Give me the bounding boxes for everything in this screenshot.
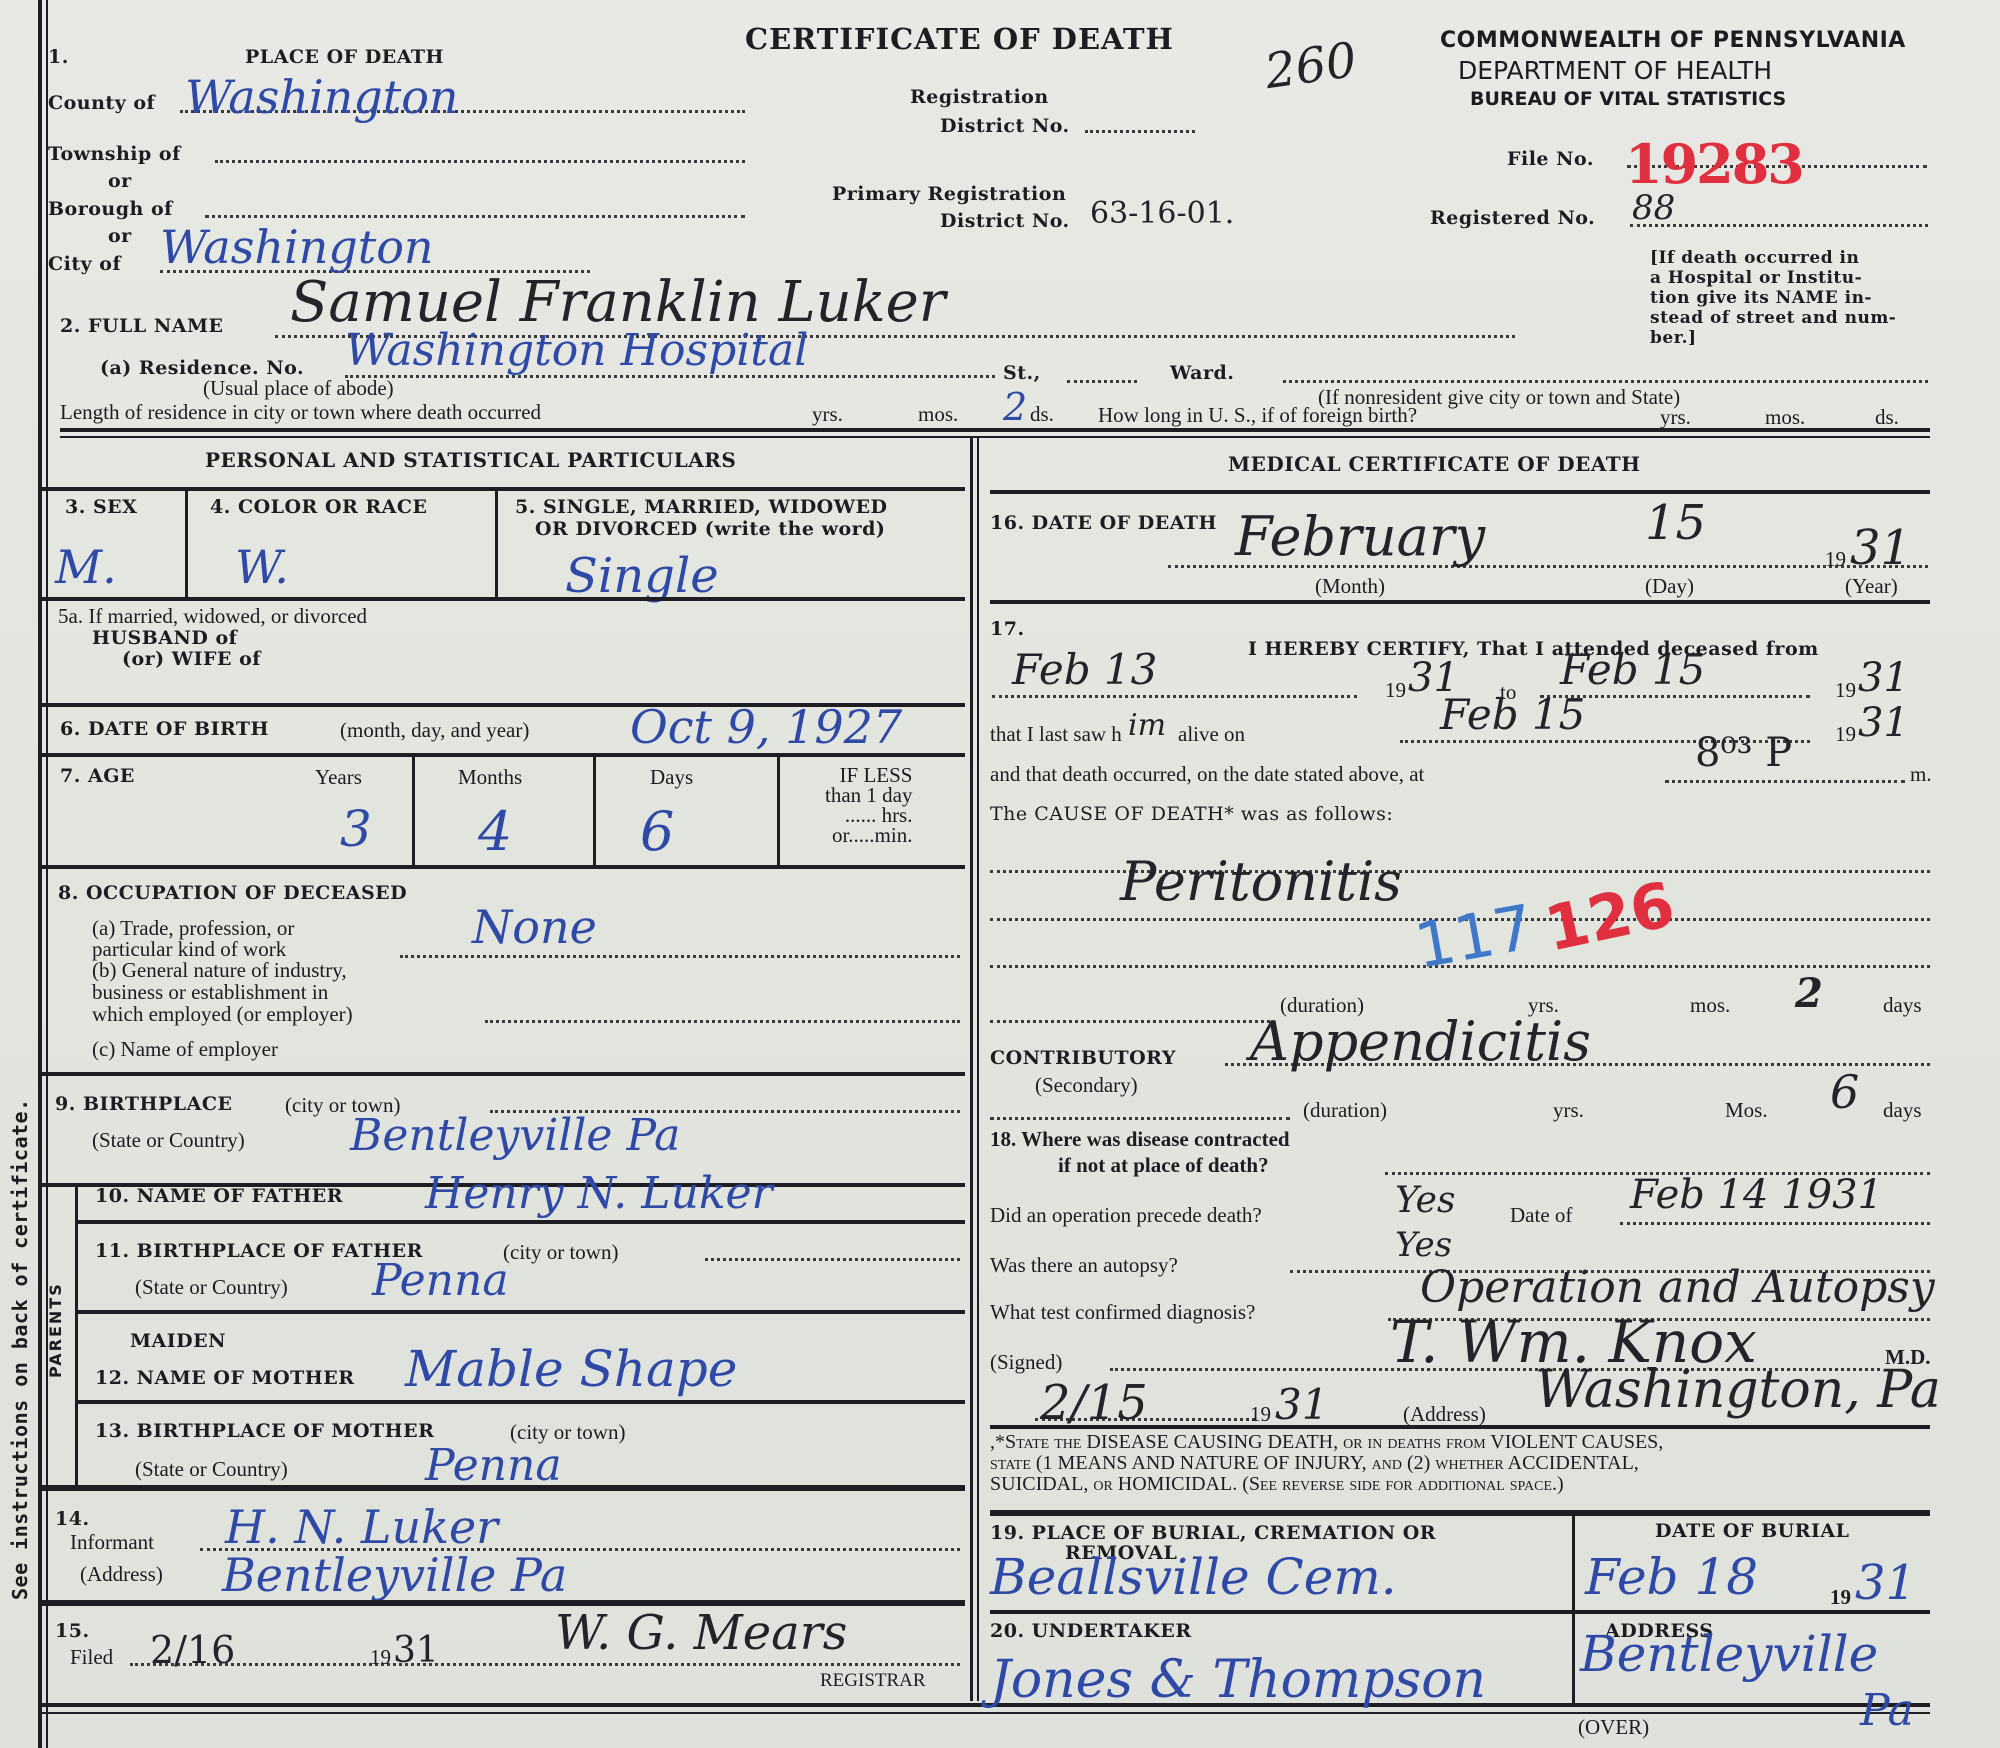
operation-value: Yes (1395, 1180, 1455, 1221)
registered-no-label: Registered No. (1430, 207, 1595, 229)
occupation-c: (c) Name of employer (92, 1037, 278, 1062)
agency-line-2: DEPARTMENT OF HEALTH (1458, 56, 1772, 85)
primary-district-label: District No. (940, 210, 1070, 232)
birthplace-value: Bentleyville Pa (350, 1110, 680, 1161)
attended-to: Feb 15 (1560, 645, 1705, 694)
row-line (40, 597, 965, 601)
column-divider (970, 436, 973, 1701)
registrar-signature: W. G. Mears (555, 1605, 847, 1661)
race-value: W. (235, 540, 289, 594)
less-line: than 1 day (825, 785, 912, 805)
month-hint: (Month) (1315, 574, 1385, 599)
row-line (990, 490, 1930, 494)
column-divider-inner (977, 436, 979, 1701)
operation-date: Feb 14 1931 (1630, 1172, 1883, 1218)
row-line (990, 1610, 1930, 1614)
burial-year: 31 (1855, 1555, 1916, 1611)
last-saw-pronoun: im (1128, 708, 1166, 743)
last-saw-year: 31 (1858, 700, 1909, 746)
length-residence-label: Length of residence in city or town wher… (60, 400, 541, 425)
birthplace-state-label: (State or Country) (92, 1128, 245, 1153)
years-value: 3 (340, 800, 372, 858)
cause-label: The CAUSE OF DEATH* was as follows: (990, 803, 1393, 825)
marital-value: Single (565, 548, 719, 604)
age-label: 7. AGE (60, 765, 135, 787)
or-1: or (108, 170, 132, 192)
contributory-label: CONTRIBUTORY (990, 1047, 1176, 1069)
full-name-label: 2. FULL NAME (60, 315, 223, 337)
divider-top (60, 428, 1930, 432)
agency-line-1: COMMONWEALTH OF PENNSYLVANIA (1440, 28, 1906, 53)
last-saw-label: that I last saw h (990, 722, 1122, 747)
classification-code-blue: 117 (1410, 890, 1539, 982)
father-value: Henry N. Luker (425, 1168, 773, 1219)
duration-mos: mos. (1690, 993, 1730, 1018)
burial-date-value: Feb 18 (1585, 1548, 1758, 1606)
divider-top-inner (60, 436, 1930, 438)
filed-year: 31 (393, 1630, 439, 1671)
township-label: Township of (48, 143, 181, 165)
burial-divider (1572, 1514, 1575, 1704)
spouse-label-3: (or) WIFE of (122, 648, 261, 670)
time-of-death: 8⁰³ P (1695, 730, 1792, 776)
burial-year-prefix: 19 (1830, 1585, 1851, 1610)
signed-year: 31 (1275, 1380, 1328, 1429)
agency-line-3: BUREAU OF VITAL STATISTICS (1470, 88, 1786, 110)
filed-number: 15. (55, 1620, 90, 1642)
hospital-note-line: ber.] (1650, 328, 1896, 348)
marital-label-2: OR DIVORCED (write the word) (535, 518, 885, 540)
cause-footnote: ,*State the DISEASE CAUSING DEATH, or in… (990, 1432, 1663, 1495)
contrib-mos: Mos. (1725, 1098, 1768, 1123)
informant-address-label: (Address) (80, 1562, 163, 1587)
last-saw-date: Feb 15 (1440, 690, 1585, 739)
occupation-a-dots (400, 955, 960, 958)
dod-day: 15 (1645, 495, 1706, 551)
duration-dots (990, 1020, 1270, 1023)
spouse-label-1: 5a. If married, widowed, or divorced (58, 604, 367, 629)
item-1-number: 1. (48, 46, 69, 68)
burial-label-1: 19. PLACE OF BURIAL, CREMATION OR (990, 1522, 1436, 1544)
undertaker-value: Jones & Thompson (990, 1650, 1486, 1710)
foreign-mos: mos. (1765, 405, 1805, 430)
length-ds: ds. (1030, 402, 1054, 427)
test-value: Operation and Autopsy (1420, 1262, 1935, 1313)
length-mos: mos. (918, 402, 958, 427)
autopsy-value: Yes (1395, 1225, 1452, 1265)
margin-instructions: See instructions on back of certificate. (8, 1098, 32, 1600)
less-than-day: IF LESS than 1 day ...... hrs. or.....mi… (825, 765, 912, 845)
mother-label: 12. NAME OF MOTHER (95, 1367, 355, 1389)
father-birthplace-hint: (city or town) (503, 1240, 618, 1265)
dod-year-prefix: 19 (1825, 547, 1846, 572)
divider-bottom-inner (40, 1712, 1930, 1714)
physician-address-value: Washington, Pa (1535, 1360, 1941, 1420)
township-dots (215, 160, 745, 163)
attended-to-year: 31 (1858, 655, 1909, 701)
marital-label-1: 5. SINGLE, MARRIED, WIDOWED (515, 496, 888, 518)
signed-label: (Signed) (990, 1350, 1062, 1375)
mother-birthplace-label: 13. BIRTHPLACE OF MOTHER (95, 1420, 434, 1442)
usual-abode-hint: (Usual place of abode) (203, 376, 394, 401)
father-birthplace-value: Penna (372, 1255, 509, 1306)
race-label: 4. COLOR OR RACE (210, 496, 428, 518)
undertaker-address-value-2: Pa (1860, 1685, 1914, 1736)
st-dots (1067, 380, 1137, 383)
registration-label: Registration (910, 86, 1049, 108)
certificate-title: CERTIFICATE OF DEATH (745, 22, 1174, 56)
burial-place-value: Beallsville Cem. (990, 1548, 1397, 1606)
day-hint: (Day) (1645, 574, 1694, 599)
parents-label: PARENTS (46, 1282, 65, 1378)
occupation-heading: 8. OCCUPATION OF DECEASED (58, 882, 407, 904)
hospital-note: [If death occurred in a Hospital or Inst… (1650, 248, 1896, 348)
over-label: (OVER) (1578, 1715, 1649, 1740)
city-label: City of (48, 253, 121, 275)
parents-bracket (75, 1185, 78, 1485)
less-line: ...... hrs. (825, 805, 912, 825)
row-line (40, 1072, 965, 1076)
dod-month: February (1235, 505, 1485, 568)
primary-registration-label: Primary Registration (832, 183, 1066, 205)
county-label: County of (48, 92, 155, 114)
filed-date: 2/16 (150, 1628, 235, 1672)
m-label: m. (1910, 762, 1932, 787)
cell-divider (777, 755, 780, 865)
sex-value: M. (55, 540, 117, 594)
father-birthplace-state: (State or Country) (135, 1275, 288, 1300)
registered-no-value: 88 (1632, 188, 1675, 228)
cell-divider (495, 487, 498, 597)
contracted-label-2: if not at place of death? (1058, 1153, 1269, 1178)
to-year-prefix: 19 (1835, 678, 1856, 703)
attended-from: Feb 13 (1012, 645, 1157, 694)
undertaker-label: 20. UNDERTAKER (990, 1620, 1192, 1642)
informant-number: 14. (55, 1508, 90, 1530)
operation-date-dots (1620, 1222, 1930, 1225)
days-value: 6 (640, 800, 674, 863)
years-label: Years (315, 765, 362, 790)
informant-address-value: Bentleyville Pa (222, 1548, 567, 1602)
medical-heading: MEDICAL CERTIFICATE OF DEATH (1228, 452, 1641, 476)
st-label: St., (1003, 362, 1041, 384)
physician-address-label: (Address) (1403, 1402, 1486, 1427)
contracted-label-1: 18. Where was disease contracted (990, 1127, 1290, 1152)
months-label: Months (458, 765, 522, 790)
duration-days-value: 2 (1795, 970, 1823, 1017)
foreign-yrs: yrs. (1660, 405, 1691, 430)
filed-label: Filed (70, 1645, 113, 1670)
certify-text: I HEREBY CERTIFY, That I attended deceas… (1248, 638, 1819, 660)
cell-divider (412, 755, 415, 865)
filed-dots (130, 1663, 960, 1666)
from-dots (992, 695, 1357, 698)
footnote-line: state (1 MEANS AND NATURE OF INJURY, and… (990, 1453, 1663, 1474)
registration-district-label: District No. (940, 115, 1070, 137)
foreign-birth-label: How long in U. S., if of foreign birth? (1098, 403, 1417, 428)
days-label: Days (650, 765, 693, 790)
row-line (78, 1220, 965, 1224)
registration-district-value: 260 (1262, 32, 1361, 100)
divider-bottom (40, 1703, 1930, 1707)
less-line: or.....min. (825, 825, 912, 845)
registration-dots (1085, 130, 1195, 133)
autopsy-label: Was there an autopsy? (990, 1253, 1178, 1278)
informant-label: Informant (70, 1530, 154, 1555)
mother-value: Mable Shape (405, 1340, 737, 1398)
spouse-label-2: HUSBAND of (92, 627, 237, 649)
operation-label: Did an operation precede death? (990, 1203, 1262, 1228)
duration-days: days (1883, 993, 1922, 1018)
borough-dots (205, 215, 745, 218)
signed-year-prefix: 19 (1250, 1402, 1271, 1427)
dod-label: 16. DATE OF DEATH (990, 512, 1217, 534)
undertaker-address-value: Bentleyville (1580, 1625, 1878, 1683)
signed-date: 2/15 (1040, 1375, 1148, 1431)
occupation-b3: which employed (or employer) (92, 1002, 353, 1027)
primary-district-value: 63-16-01. (1090, 196, 1234, 231)
row-line (990, 1510, 1930, 1516)
or-2: or (108, 225, 132, 247)
row-line (40, 865, 965, 869)
mother-birthplace-value: Penna (425, 1440, 562, 1491)
less-line: IF LESS (825, 765, 912, 785)
row-line (990, 1425, 1930, 1429)
filed-year-prefix: 19 (370, 1645, 391, 1670)
last-saw-year-prefix: 19 (1835, 722, 1856, 747)
file-no-stamp: 19283 (1625, 132, 1803, 196)
row-line (990, 600, 1930, 604)
father-bp-dots (705, 1258, 960, 1261)
borough-label: Borough of (48, 198, 173, 220)
personal-heading: PERSONAL AND STATISTICAL PARTICULARS (205, 448, 736, 472)
dob-hint: (month, day, and year) (340, 718, 529, 743)
registrar-label: REGISTRAR (820, 1670, 926, 1692)
foreign-ds: ds. (1875, 405, 1899, 430)
place-of-death-heading: PLACE OF DEATH (245, 46, 444, 68)
birthplace-label: 9. BIRTHPLACE (55, 1093, 232, 1115)
cause-value: Peritonitis (1120, 850, 1402, 913)
contributory-value: Appendicitis (1250, 1010, 1591, 1073)
dob-label: 6. DATE OF BIRTH (60, 718, 269, 740)
contrib-duration-dots (990, 1117, 1290, 1120)
cell-divider (593, 755, 596, 865)
contrib-duration-label: (duration) (1303, 1098, 1387, 1123)
footnote-line: SUICIDAL, or HOMICIDAL. (See reverse sid… (990, 1474, 1663, 1495)
cell-divider (185, 487, 188, 597)
test-label: What test confirmed diagnosis? (990, 1300, 1255, 1325)
burial-date-label: DATE OF BURIAL (1655, 1520, 1849, 1542)
classification-code-red: 126 (1539, 867, 1681, 965)
hospital-note-line: stead of street and num- (1650, 308, 1896, 328)
from-year-prefix: 19 (1385, 678, 1406, 703)
months-value: 4 (478, 800, 512, 863)
secondary-label: (Secondary) (1035, 1073, 1138, 1098)
ward-label: Ward. (1170, 362, 1234, 384)
hospital-note-line: a Hospital or Institu- (1650, 268, 1896, 288)
operation-date-label: Date of (1510, 1203, 1572, 1228)
hospital-note-line: tion give its NAME in- (1650, 288, 1896, 308)
time-dots (1665, 780, 1905, 783)
dod-year: 31 (1850, 520, 1911, 576)
certify-number: 17. (990, 618, 1025, 640)
occurred-label: and that death occurred, on the date sta… (990, 762, 1424, 787)
occupation-value: None (472, 900, 597, 954)
row-line (40, 753, 965, 757)
row-line (40, 1485, 965, 1491)
row-line (78, 1400, 965, 1404)
contrib-days: days (1883, 1098, 1922, 1123)
maiden-label: MAIDEN (130, 1330, 226, 1352)
row-line (40, 487, 965, 491)
row-line (78, 1310, 965, 1314)
mother-birthplace-state: (State or Country) (135, 1457, 288, 1482)
dob-value: Oct 9, 1927 (630, 700, 902, 754)
alive-on-label: alive on (1178, 722, 1245, 747)
contrib-yrs: yrs. (1553, 1098, 1584, 1123)
death-certificate: See instructions on back of certificate.… (0, 0, 2000, 1748)
father-label: 10. NAME OF FATHER (95, 1185, 343, 1207)
length-mos-value: 2 (1003, 385, 1027, 429)
ward-dots (1283, 380, 1928, 383)
length-yrs: yrs. (812, 402, 843, 427)
hospital-note-line: [If death occurred in (1650, 248, 1896, 268)
contrib-days-value: 6 (1830, 1065, 1859, 1119)
residence-value: Washington Hospital (345, 325, 808, 376)
footnote-line: ,*State the DISEASE CAUSING DEATH, or in… (990, 1432, 1663, 1453)
occupation-b-dots (485, 1020, 960, 1023)
county-value: Washington (185, 70, 459, 124)
year-hint: (Year) (1845, 574, 1898, 599)
city-value: Washington (160, 220, 434, 274)
file-no-label: File No. (1507, 148, 1594, 170)
sex-label: 3. SEX (65, 496, 137, 518)
informant-value: H. N. Luker (225, 1500, 498, 1554)
